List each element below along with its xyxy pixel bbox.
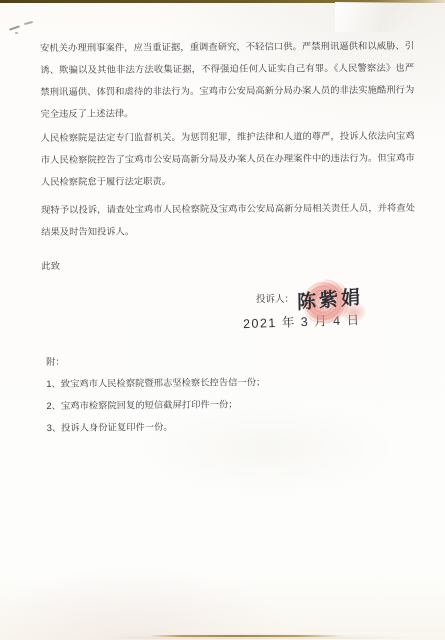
attachment-item-1: 1、致宝鸡市人民检察院暨邢志坚检察长控告信一份； — [46, 370, 386, 395]
handwritten-signature: 陈紫娟 — [297, 282, 363, 315]
scanned-complaint-letter-page: 安机关办理刑事案件，应当重证据，重调查研究，不轻信口供。严禁刑讯逼供和以威胁、引… — [0, 0, 445, 640]
scan-bottom-edge — [150, 635, 342, 637]
attachments-heading: 附： — [46, 348, 386, 373]
staple-mark — [8, 19, 40, 35]
letter-body: 安机关办理刑事案件，应当重证据，重调查研究，不轻信口供。严禁刑讯逼供和以威胁、引… — [40, 35, 415, 277]
body-paragraph-3: 现特予以投诉，请查处宝鸡市人民检察院及宝鸡市公安局高新分局相关责任人员，并将查处… — [41, 197, 415, 243]
closing-phrase: 此致 — [41, 253, 415, 277]
attachments-section: 附： 1、致宝鸡市人民检察院暨邢志坚检察长控告信一份； 2、宝鸡市检察院回复的短… — [46, 348, 387, 439]
signer-label: 投诉人： — [256, 291, 294, 305]
paper-fold-shadow — [335, 2, 445, 32]
body-paragraph-2: 人民检察院是法定专门监督机关。为惩罚犯罪，维护法律和人道的尊严，投诉人依法向宝鸡… — [41, 125, 415, 193]
attachment-item-2: 2、宝鸡市检察院回复的短信截屏打印件一份； — [46, 392, 386, 417]
body-paragraph-1: 安机关办理刑事案件，应当重证据，重调查研究，不轻信口供。严禁刑讯逼供和以威胁、引… — [40, 35, 415, 125]
attachment-item-3: 3、投诉人身份证复印件一份。 — [47, 414, 387, 439]
signature-block: 投诉人： 陈紫娟 2021 年 3 月 4 日 — [256, 285, 363, 330]
signature-line: 投诉人： 陈紫娟 — [256, 285, 363, 311]
scan-top-edge — [0, 0, 445, 3]
